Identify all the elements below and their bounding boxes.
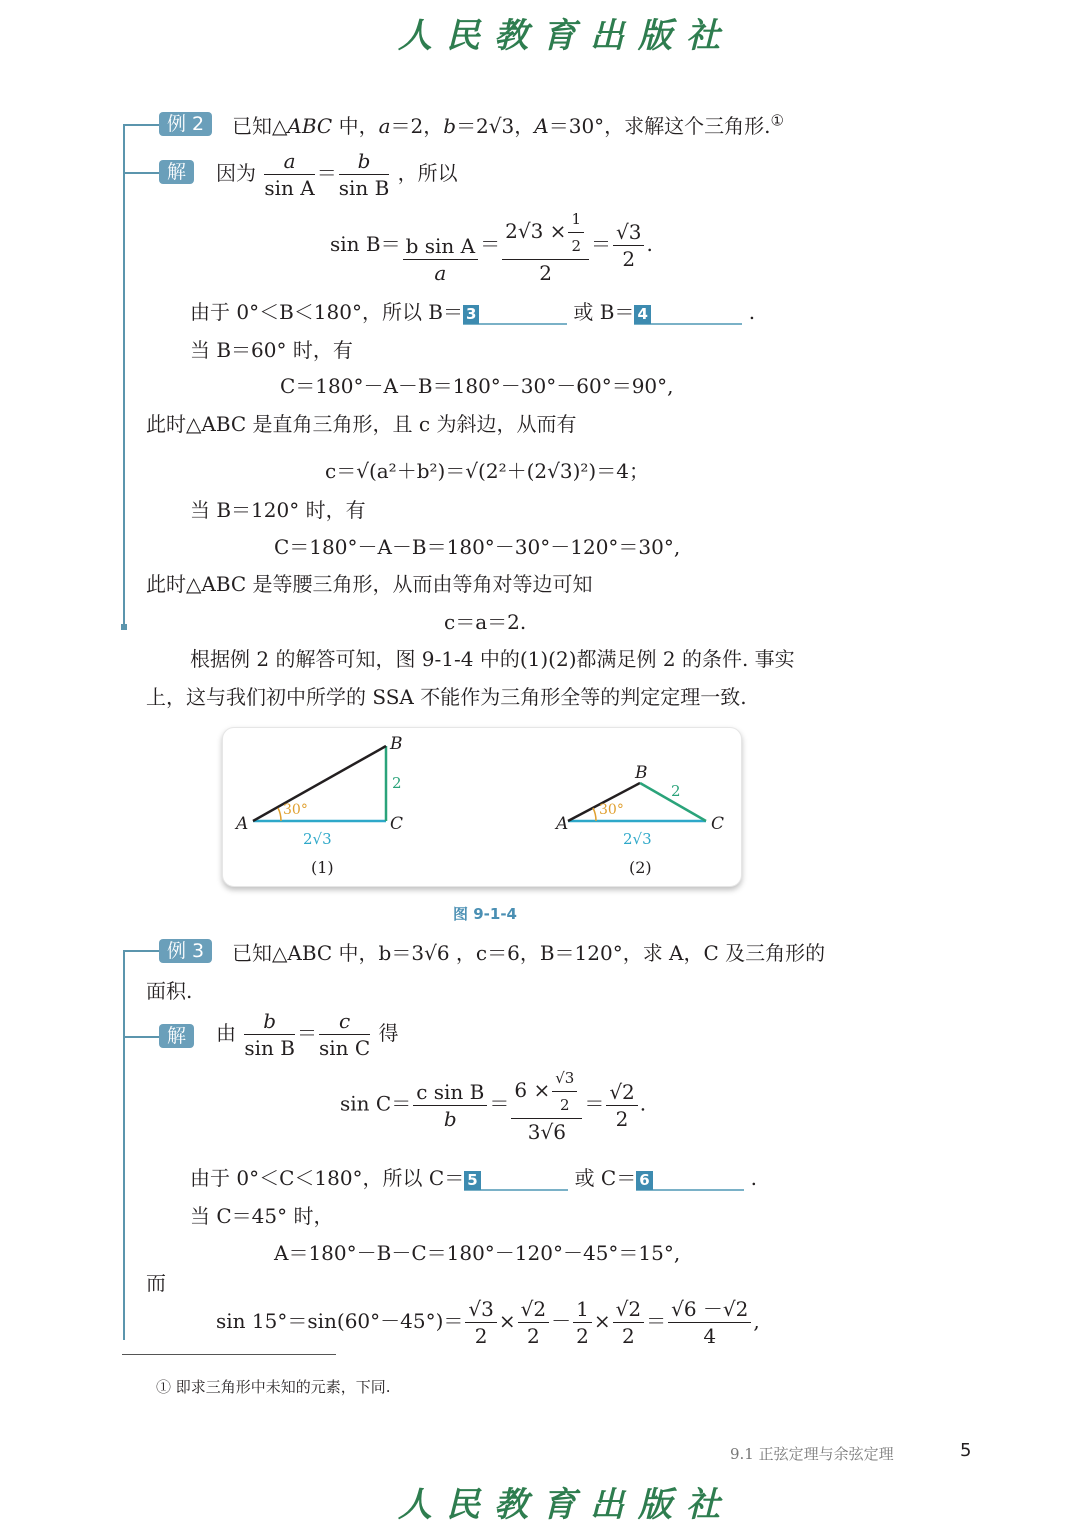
case-B60: 当 B＝60° 时，有 (190, 334, 353, 363)
answer-blank-5[interactable]: 5 (464, 1167, 568, 1191)
C-range-line: 由于 0°＜C＜180°，所以 C＝5 或 C＝6 . (190, 1162, 757, 1191)
case-B60-equation: C＝180°－A－B＝180°－30°－60°＝90°, (280, 370, 674, 399)
sinB-equation: sin B＝b sin Aa＝2√3 ×122＝√32. (330, 205, 653, 286)
figure-9-1-4: A B C 30° 2 2√3 (1) A B C 30° 2 2√3 (2) (222, 727, 742, 887)
side-AC-label-1: 2√3 (303, 830, 332, 848)
sin15-equation: sin 15°＝sin(60°－45°)＝√32×√22－12×√22＝√6 －… (216, 1296, 760, 1349)
example3-problem-line2: 面积. (146, 975, 192, 1004)
angle-label-2: 30° (599, 802, 624, 818)
vertex-A-2: A (556, 814, 568, 834)
example3-bracket (123, 950, 125, 1340)
case-B120-equation: C＝180°－A－B＝180°－30°－120°＝30°, (274, 531, 680, 560)
solution2-line1: 因为 asin A＝bsin B ，所以 (216, 148, 458, 201)
vertex-A-1: A (236, 814, 248, 834)
example3-bracket-tick (123, 950, 159, 952)
example2-bracket (123, 124, 125, 627)
side-AC-label-2: 2√3 (623, 830, 652, 848)
side-BC-label-1: 2 (392, 774, 402, 792)
solution3-bracket-tick (123, 1036, 159, 1038)
solution3-line1: 由 bsin B＝csin C 得 (216, 1008, 399, 1061)
case-B120-conclusion: 此时△ABC 是等腰三角形，从而由等角对等边可知 (146, 568, 593, 597)
paragraph-line1: 根据例 2 的解答可知，图 9-1-4 中的(1)(2)都满足例 2 的条件. … (190, 643, 795, 672)
answer-blank-3[interactable]: 3 (463, 301, 567, 325)
side-BC-label-2: 2 (671, 782, 681, 800)
bracket-end-dot (121, 624, 127, 630)
B-range-line: 由于 0°＜B＜180°，所以 B＝3 或 B＝4 . (190, 296, 755, 325)
solution3-tag: 解 (159, 1024, 194, 1048)
solution2-tag: 解 (159, 160, 194, 184)
case-C45-equation: A＝180°－B－C＝180°－120°－45°＝15°, (274, 1237, 680, 1266)
publisher-logo-header: 人民教育出版社 (398, 8, 734, 57)
paragraph-line2: 上，这与我们初中所学的 SSA 不能作为三角形全等的判定定理一致. (146, 681, 747, 710)
case-B60-c-equation: c＝√(a²＋b²)＝√(2²＋(2√3)²)＝4； (325, 455, 649, 484)
case-B120-c-equation: c＝a＝2. (444, 606, 526, 635)
sinC-equation: sin C＝c sin Bb＝6 ×√323√6＝√22. (340, 1065, 646, 1145)
vertex-C-1: C (390, 814, 403, 834)
panel-label-1: (1) (311, 858, 334, 877)
section-title: 9.1 正弦定理与余弦定理 (730, 1443, 894, 1464)
example3-problem-line1: 已知△ABC 中，b＝3√6 ，c＝6，B＝120°，求 A，C 及三角形的 (232, 937, 825, 966)
example2-problem: 已知△ABC 中，a＝2，b＝2√3，A＝30°，求解这个三角形.① (232, 110, 784, 139)
case-B120: 当 B＝120° 时，有 (190, 494, 366, 523)
example3-tag: 例 3 (159, 939, 212, 963)
answer-blank-4[interactable]: 4 (634, 301, 742, 325)
figure-caption: 图 9-1-4 (453, 903, 517, 924)
answer-blank-6[interactable]: 6 (636, 1167, 744, 1191)
solution2-bracket-tick (123, 172, 159, 174)
panel-label-2: (2) (629, 858, 652, 877)
example2-bracket-tick (123, 124, 159, 126)
page-number: 5 (960, 1440, 971, 1461)
case-C45: 当 C＝45° 时， (190, 1200, 333, 1229)
and-text: 而 (146, 1267, 166, 1296)
vertex-B-1: B (390, 734, 403, 754)
case-B60-conclusion: 此时△ABC 是直角三角形，且 c 为斜边，从而有 (146, 408, 576, 437)
footnote-rule (122, 1354, 336, 1355)
example2-tag: 例 2 (159, 112, 212, 136)
footnote-ref[interactable]: ① (771, 111, 784, 129)
angle-label-1: 30° (283, 802, 308, 818)
publisher-logo-footer: 人民教育出版社 (398, 1477, 734, 1526)
vertex-C-2: C (711, 814, 724, 834)
footnote: ① 即求三角形中未知的元素，下同. (156, 1376, 391, 1397)
vertex-B-2: B (635, 763, 648, 783)
